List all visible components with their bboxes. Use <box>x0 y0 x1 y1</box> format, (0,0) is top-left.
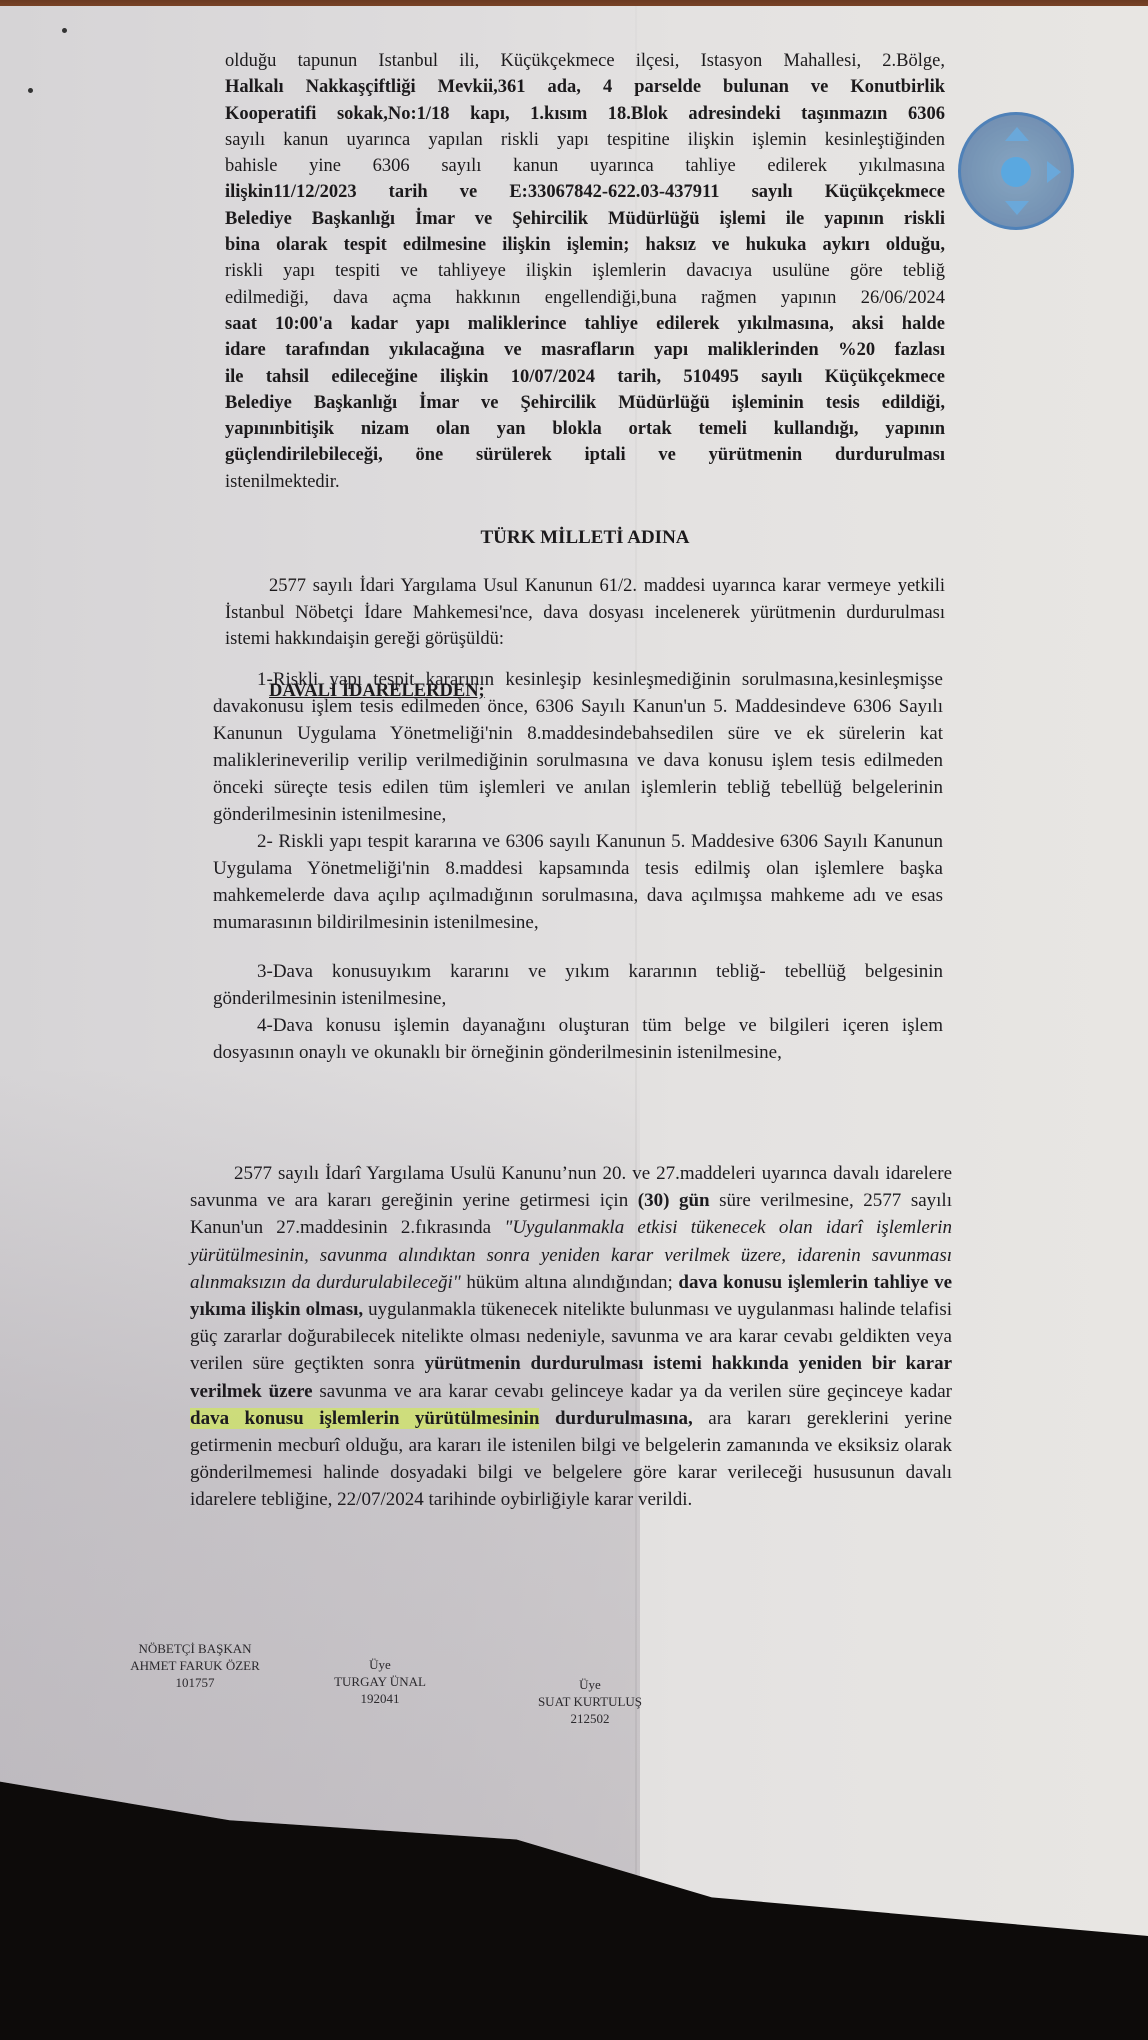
intro-line: sayılı kanun uyarınca yapılan riskli yap… <box>225 127 945 153</box>
decision-text: savunma ve ara karar cevabı gelinceye ka… <box>319 1381 952 1402</box>
stamp-arrow-right-icon <box>1047 161 1061 183</box>
punch-mark <box>28 88 33 93</box>
intro-line: riskli yapı tespiti ve tahliyeye ilişkin… <box>225 258 945 284</box>
intro-line: Belediye Başkanlığı İmar ve Şehircilik M… <box>225 206 945 232</box>
intro-line: Belediye Başkanlığı İmar ve Şehircilik M… <box>225 390 945 416</box>
signature-president: NÖBETÇİ BAŞKAN AHMET FARUK ÖZER 101757 <box>110 1640 280 1691</box>
intro-line: ilişkin11/12/2023 tarih ve E:33067842-62… <box>225 179 945 205</box>
list-item: 3-Dava konusuyıkım kararını ve yıkım kar… <box>213 958 943 1012</box>
stamp-arrow-down-icon <box>1005 201 1029 215</box>
intro-line: istenilmektedir. <box>225 469 945 495</box>
stamp-arrow-up-icon <box>1005 127 1029 141</box>
blue-stamp-icon <box>958 112 1074 230</box>
list-item: 4-Dava konusu işlemin dayanağını oluştur… <box>213 1012 943 1066</box>
list-item: 1-Riskli yapı tespit kararının kesinleşi… <box>213 666 943 828</box>
intro-line: Halkalı Nakkaşçiftliği Mevkii,361 ada, 4… <box>225 74 945 100</box>
intro-line: saat 10:00'a kadar yapı maliklerince tah… <box>225 311 945 337</box>
items-list: 1-Riskli yapı tespit kararının kesinleşi… <box>213 666 943 1066</box>
intro-line: Kooperatifi sokak,No:1/18 kapı, 1.kısım … <box>225 101 945 127</box>
intro-paragraph: olduğu tapunun Istanbul ili, Küçükçekmec… <box>225 48 945 495</box>
decision-text: hüküm altına alındığından; <box>466 1272 672 1293</box>
intro-line: olduğu tapunun Istanbul ili, Küçükçekmec… <box>225 48 945 74</box>
decision-bold: durdurulmasına, <box>555 1408 693 1429</box>
intro-line: yapınınbitişik nizam olan yan blokla ort… <box>225 416 945 442</box>
document-body: olduğu tapunun Istanbul ili, Küçükçekmec… <box>225 48 945 705</box>
intro-line: edilmediği, dava açma hakkının engellend… <box>225 285 945 311</box>
intro-line: idare tarafından yıkılacağına ve masrafl… <box>225 337 945 363</box>
preamble-paragraph: 2577 sayılı İdari Yargılama Usul Kanunun… <box>225 573 945 652</box>
intro-line: güçlendirilebileceği, öne sürülerek ipta… <box>225 442 945 468</box>
stamp-center-dot-icon <box>1001 157 1031 187</box>
intro-line: bina olarak tespit edilmesine ilişkin iş… <box>225 232 945 258</box>
highlighted-text: dava konusu işlemlerin yürütülmesinin <box>190 1408 539 1429</box>
decision-bold: (30) gün <box>638 1190 710 1211</box>
decision-paragraph: 2577 sayılı İdarî Yargılama Usulü Kanunu… <box>190 1160 952 1514</box>
page-title: TÜRK MİLLETİ ADINA <box>225 525 945 551</box>
signature-member: Üye TURGAY ÜNAL 192041 <box>310 1656 450 1707</box>
signature-member: Üye SUAT KURTULUŞ 212502 <box>515 1676 665 1727</box>
signature-block: NÖBETÇİ BAŞKAN AHMET FARUK ÖZER 101757 Ü… <box>110 1640 670 1750</box>
intro-line: bahisle yine 6306 sayılı kanun uyarınca … <box>225 153 945 179</box>
intro-line: ile tahsil edileceğine ilişkin 10/07/202… <box>225 364 945 390</box>
list-item: 2- Riskli yapı tespit kararına ve 6306 s… <box>213 828 943 936</box>
punch-mark <box>62 28 67 33</box>
